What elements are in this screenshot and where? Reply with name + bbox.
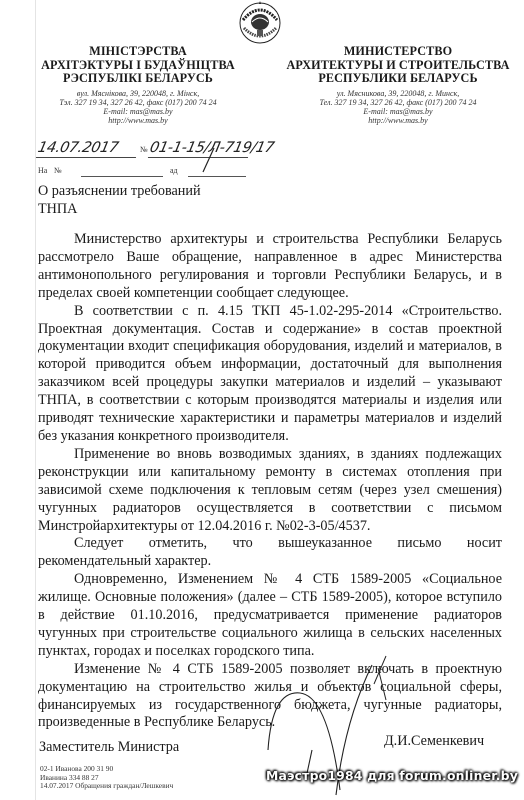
email-line: E-mail: mas@mas.by xyxy=(278,107,518,116)
registration-number: 01-1-15/Л-719/17 xyxy=(148,140,275,156)
number-value: 01-1-15/Л-719/17 xyxy=(148,140,275,156)
letterhead-russian: МИНИСТЕРСТВО АРХИТЕКТУРЫ И СТРОИТЕЛЬСТВА… xyxy=(278,45,518,125)
signatory-name: Д.И.Семенкевич xyxy=(384,733,484,750)
subject-line: ТНПА xyxy=(38,201,201,219)
reply-reference-line: На № ад xyxy=(38,166,278,178)
ministry-address-by: вул. Мяснікова, 39, 220048, г. Мінск, Тэ… xyxy=(38,89,238,126)
phone-line: Тел. 327 19 34, 327 26 42, факс (017) 20… xyxy=(278,98,518,107)
number-label: № xyxy=(140,145,148,154)
date-value: 14.07.2017 xyxy=(36,140,119,156)
reply-date-label: ад xyxy=(170,166,178,175)
paragraph: Применение во вновь возводимых зданиях, … xyxy=(38,446,502,536)
executors-note: 02-1 Иванова 200 31 90 Иванина 334 88 27… xyxy=(40,765,173,791)
executor-line: 14.07.2017 Обращения граждан/Лешкевич xyxy=(40,782,173,791)
letter-subject: О разъяснении требований ТНПА xyxy=(38,183,201,218)
letter-body: Министерство архитектуры и строительства… xyxy=(38,231,502,732)
ministry-name-by: МІНІСТЭРСТВА АРХІТЭКТУРЫ І БУДАЎНІЦТВА Р… xyxy=(38,45,238,86)
registration-date: 14.07.2017 xyxy=(36,140,119,156)
reply-date-blank xyxy=(188,176,246,177)
reply-to-label: На xyxy=(38,166,47,175)
address-line: вул. Мяснікова, 39, 220048, г. Мінск, xyxy=(38,89,238,98)
phone-line: Тэл. 327 19 34, 327 26 42, факс (017) 20… xyxy=(38,98,238,107)
ministry-address-ru: ул. Мясникова, 39, 220048, г. Минск, Тел… xyxy=(278,89,518,126)
website-line: http://www.mas.by xyxy=(38,116,238,125)
underline xyxy=(148,157,248,158)
paragraph: Одновременно, Изменением № 4 СТБ 1589-20… xyxy=(38,571,502,661)
title-line: МИНИСТЕРСТВО xyxy=(278,45,518,59)
title-line: РЕСПУБЛИКИ БЕЛАРУСЬ xyxy=(278,72,518,86)
email-line: E-mail: mas@mas.by xyxy=(38,107,238,116)
paragraph: В соответствии с п. 4.15 ТКП 45-1.02-295… xyxy=(38,303,502,446)
watermark: Маэстро1984 для forum.onliner.by xyxy=(266,768,518,783)
title-line: РЭСПУБЛІКІ БЕЛАРУСЬ xyxy=(38,72,238,86)
paragraph: Следует отметить, что вышеуказанное пись… xyxy=(38,535,502,571)
ministry-name-ru: МИНИСТЕРСТВО АРХИТЕКТУРЫ И СТРОИТЕЛЬСТВА… xyxy=(278,45,518,86)
address-line: ул. Мясникова, 39, 220048, г. Минск, xyxy=(278,89,518,98)
underline xyxy=(36,157,136,158)
title-line: МІНІСТЭРСТВА xyxy=(38,45,238,59)
subject-line: О разъяснении требований xyxy=(38,183,201,201)
paragraph: Изменение № 4 СТБ 1589-2005 позволяет вк… xyxy=(38,661,502,733)
signatory-position: Заместитель Министра xyxy=(39,739,179,756)
letterhead-belarusian: МІНІСТЭРСТВА АРХІТЭКТУРЫ І БУДАЎНІЦТВА Р… xyxy=(38,45,238,125)
paragraph: Министерство архитектуры и строительства… xyxy=(38,231,502,303)
reply-number-blank xyxy=(81,176,163,177)
page-margin-line xyxy=(35,0,36,800)
title-line: АРХІТЭКТУРЫ І БУДАЎНІЦТВА xyxy=(38,59,238,73)
title-line: АРХИТЕКТУРЫ И СТРОИТЕЛЬСТВА xyxy=(278,59,518,73)
state-emblem-icon xyxy=(235,0,285,46)
website-line: http://www.mas.by xyxy=(278,116,518,125)
reply-no-label: № xyxy=(54,166,62,175)
registration-line: 14.07.2017 № 01-1-15/Л-719/17 xyxy=(38,140,298,162)
